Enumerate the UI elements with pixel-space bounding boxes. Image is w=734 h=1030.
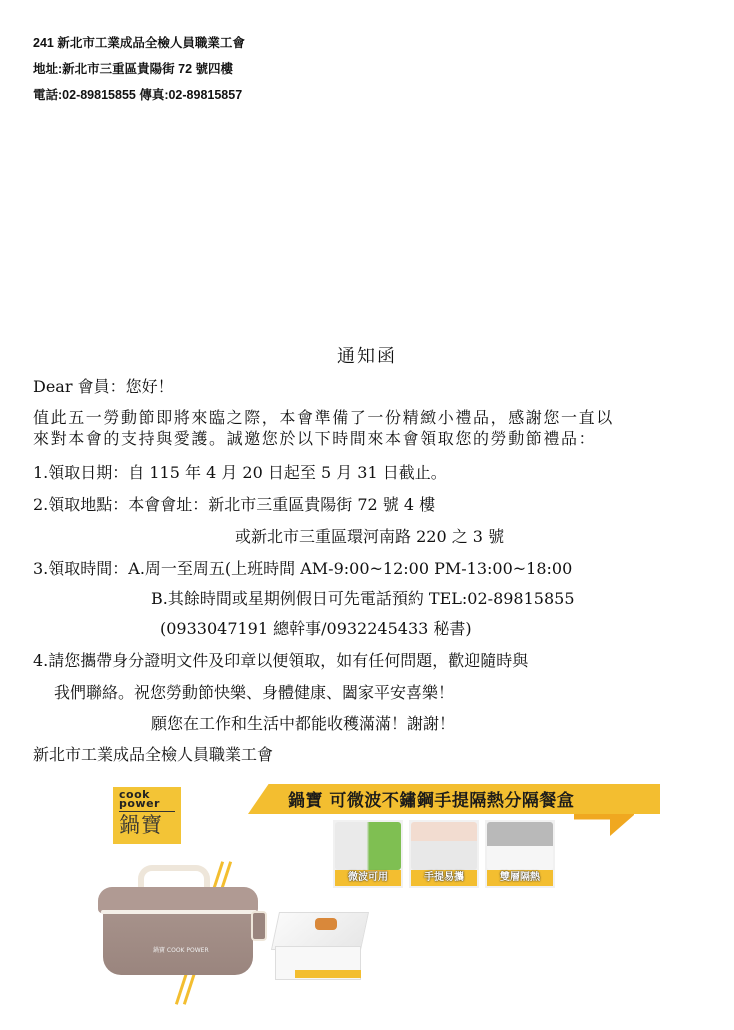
microwave-food-image [335,822,401,870]
brand-logo-divider [119,811,175,812]
lunchbox-brand-mark: 鍋寶 COOK POWER [153,945,209,954]
hand-carry-image [411,822,477,870]
item-pickup-time-b: B.其餘時間或星期例假日可先電話預約 TEL:02-89815855 [151,586,575,609]
feature-portable: 手提易攜 [409,820,479,888]
product-title: 鍋寶 可微波不鏽鋼手提隔熱分隔餐盒 [288,786,574,811]
letter-greeting: Dear 會員：您好！ [33,374,174,397]
feature-insulated: 雙層隔熱 [485,820,555,888]
item-bring-id: 4.請您攜帶身分證明文件及印章以便領取，如有任何問題，歡迎隨時與 [33,648,528,671]
feature-label: 雙層隔熱 [487,870,553,886]
header-org-line: 241 新北市工業成品全檢人員職業工會 [33,30,245,56]
product-banner: 鍋寶 可微波不鏽鋼手提隔熱分隔餐盒 [248,780,660,820]
intro-line-1: 值此五一勞動節即將來臨之際，本會準備了一份精緻小禮品，感謝您一直以 [33,407,614,428]
item-pickup-location: 2.領取地點：本會會址：新北市三重區貴陽街 72 號 4 樓 [33,492,435,515]
lunchbox-clip [251,911,267,941]
intro-line-2: 來對本會的支持與愛護。誠邀您於以下時間來本會領取您的勞動節禮品： [33,428,614,449]
gift-box-image [275,912,363,980]
feature-label: 微波可用 [335,870,401,886]
letter-intro: 值此五一勞動節即將來臨之際，本會準備了一份精緻小禮品，感謝您一直以 來對本會的支… [33,407,614,449]
item-bring-id-cont: 我們聯絡。祝您勞動節快樂、身體健康、闔家平安喜樂！ [54,680,454,703]
closing-wish: 願您在工作和生活中都能收穫滿滿！謝謝！ [151,711,455,734]
product-promo: cook power 鍋寶 鍋寶 可微波不鏽鋼手提隔熱分隔餐盒 微波可用 手提易… [0,770,734,1030]
letter-title: 通知函 [0,342,734,368]
gift-box-food-photo [315,918,337,930]
header-address-line: 地址:新北市三重區貴陽街 72 號四樓 [33,56,245,82]
feature-microwave: 微波可用 [333,820,403,888]
lunchbox-body [103,905,253,975]
feature-list: 微波可用 手提易攜 雙層隔熱 [333,820,555,888]
item-pickup-time: 3.領取時間：A.周一至周五(上班時間 AM-9:00~12:00 PM-13:… [33,556,572,579]
brand-logo: cook power 鍋寶 [113,787,181,844]
lunchbox-image: 鍋寶 COOK POWER [98,865,268,980]
union-header: 241 新北市工業成品全檢人員職業工會 地址:新北市三重區貴陽街 72 號四樓 … [33,30,245,108]
gift-box-yellow-stripe [295,970,361,978]
lunchbox-seal-band [101,910,257,914]
item-pickup-location-alt: 或新北市三重區環河南路 220 之 3 號 [235,524,504,547]
item-pickup-date: 1.領取日期：自 115 年 4 月 20 日起至 5 月 31 日截止。 [33,460,447,483]
double-layer-image [487,822,553,870]
brand-logo-en-2: power [119,799,175,808]
item-pickup-phones: (0933047191 總幹事/0932245433 秘書) [160,616,472,639]
feature-label: 手提易攜 [411,870,477,886]
brand-logo-zh: 鍋寶 [119,814,175,836]
header-contact-line: 電話:02-89815855 傳真:02-89815857 [33,82,245,108]
letter-signature: 新北市工業成品全檢人員職業工會 [33,742,273,765]
